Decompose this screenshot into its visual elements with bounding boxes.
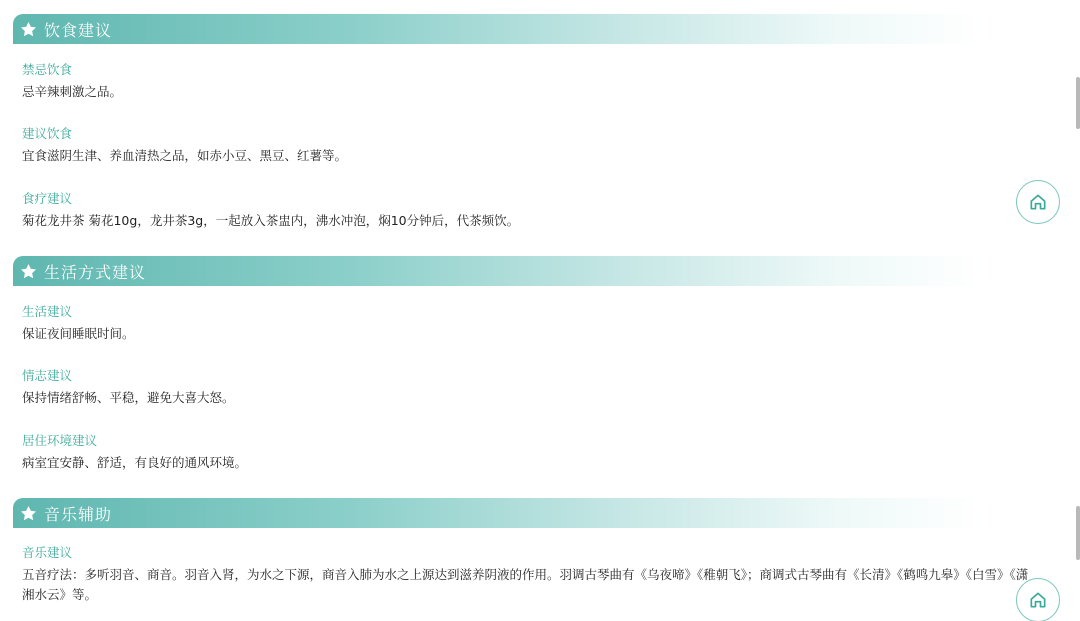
- advice-label: 建议饮食: [22, 125, 1040, 143]
- advice-text: 病室宜安静、舒适，有良好的通风环境。: [22, 453, 1040, 473]
- section-title: 生活方式建议: [44, 260, 146, 283]
- advice-item: 生活建议 保证夜间睡眠时间。: [22, 303, 1040, 344]
- star-icon: [19, 504, 38, 523]
- home-icon: [1028, 192, 1048, 212]
- advice-text: 菊花龙井茶 菊花10g，龙井茶3g，一起放入茶盅内，沸水冲泡，焖10分钟后，代茶…: [22, 211, 1040, 231]
- advice-item: 音乐建议 五音疗法：多听羽音、商音。羽音入肾，为水之下源，商音入肺为水之上源达到…: [22, 544, 1035, 605]
- section-header-music: 音乐辅助: [13, 498, 983, 528]
- advice-label: 情志建议: [22, 367, 1040, 385]
- advice-text: 保证夜间睡眠时间。: [22, 324, 1040, 344]
- section-header-diet: 饮食建议: [13, 14, 983, 44]
- home-button[interactable]: [1016, 578, 1060, 621]
- section-title: 音乐辅助: [44, 502, 112, 525]
- scrollbar-thumb[interactable]: [1076, 506, 1080, 560]
- advice-text: 五音疗法：多听羽音、商音。羽音入肾，为水之下源，商音入肺为水之上源达到滋养阴液的…: [22, 565, 1035, 605]
- advice-label: 音乐建议: [22, 544, 1035, 562]
- advice-label: 居住环境建议: [22, 432, 1040, 450]
- advice-text: 忌辛辣刺激之品。: [22, 82, 1040, 102]
- advice-label: 生活建议: [22, 303, 1040, 321]
- advice-label: 食疗建议: [22, 190, 1040, 208]
- advice-text: 保持情绪舒畅、平稳，避免大喜大怒。: [22, 388, 1040, 408]
- advice-text: 宜食滋阴生津、养血清热之品，如赤小豆、黑豆、红薯等。: [22, 146, 1040, 166]
- section-title: 饮食建议: [44, 18, 112, 41]
- home-icon: [1028, 590, 1048, 610]
- advice-item: 食疗建议 菊花龙井茶 菊花10g，龙井茶3g，一起放入茶盅内，沸水冲泡，焖10分…: [22, 190, 1040, 231]
- advice-item: 建议饮食 宜食滋阴生津、养血清热之品，如赤小豆、黑豆、红薯等。: [22, 125, 1040, 166]
- advice-label: 禁忌饮食: [22, 61, 1040, 79]
- star-icon: [19, 20, 38, 39]
- advice-item: 情志建议 保持情绪舒畅、平稳，避免大喜大怒。: [22, 367, 1040, 408]
- advice-item: 禁忌饮食 忌辛辣刺激之品。: [22, 61, 1040, 102]
- home-button[interactable]: [1016, 180, 1060, 224]
- scrollbar-thumb[interactable]: [1076, 77, 1080, 129]
- star-icon: [19, 262, 38, 281]
- advice-item: 居住环境建议 病室宜安静、舒适，有良好的通风环境。: [22, 432, 1040, 473]
- section-header-lifestyle: 生活方式建议: [13, 256, 983, 286]
